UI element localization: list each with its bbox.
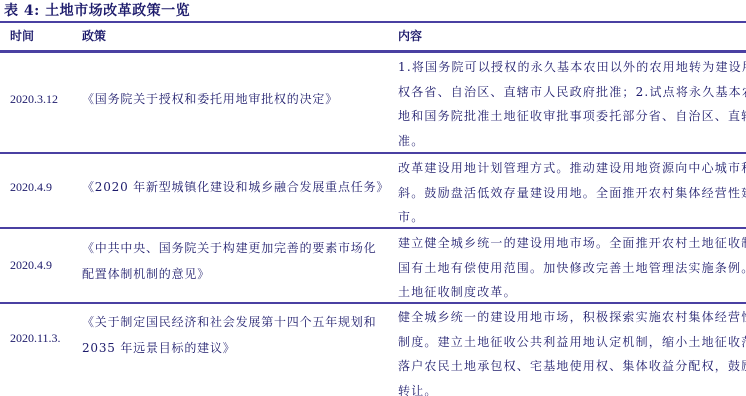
- content-line: 建立健全城乡统一的建设用地市场。全面推开农村土地征收制度: [398, 231, 746, 256]
- table-row: 2020.4.9 《2020 年新型城镇化建设和城乡融合发展重点任务》 改革建设…: [0, 154, 746, 227]
- content-line: 准。: [398, 129, 746, 154]
- column-header-policy: 政策: [82, 23, 106, 50]
- content-line: 1.将国务院可以授权的永久基本农田以外的农用地转为建设用地: [398, 55, 746, 80]
- content-line: 落户农民土地承包权、宅基地使用权、集体收益分配权，鼓励依: [398, 354, 746, 379]
- table-row: 2020.4.9 《中共中央、国务院关于构建更加完善的要素市场化配置体制机制的意…: [0, 229, 746, 302]
- table-title: 表 4: 土地市场改革政策一览: [4, 1, 190, 21]
- content-line: 斜。鼓励盘活低效存量建设用地。全面推开农村集体经营性建设: [398, 181, 746, 206]
- content-line: 市。: [398, 205, 746, 230]
- row-content: 建立健全城乡统一的建设用地市场。全面推开农村土地征收制度 国有土地有偿使用范围。…: [398, 231, 746, 305]
- row-content: 健全城乡统一的建设用地市场，积极探索实施农村集体经营性建 制度。建立土地征收公共…: [398, 305, 746, 396]
- content-line: 土地征收制度改革。: [398, 280, 746, 305]
- top-rule: [0, 21, 746, 23]
- row-time: 2020.4.9: [10, 257, 52, 273]
- content-line: 权各省、自治区、直辖市人民政府批准；2.试点将永久基本农田: [398, 80, 746, 105]
- row-policy: 《中共中央、国务院关于构建更加完善的要素市场化配置体制机制的意见》: [82, 235, 382, 287]
- row-content: 改革建设用地计划管理方式。推动建设用地资源向中心城市和重 斜。鼓励盘活低效存量建…: [398, 156, 746, 230]
- table-row: 2020.11.3. 《关于制定国民经济和社会发展第十四个五年规划和 2035 …: [0, 304, 746, 396]
- content-line: 地和国务院批准土地征收审批事项委托部分省、自治区、直辖市: [398, 104, 746, 129]
- content-line: 制度。建立土地征收公共利益用地认定机制，缩小土地征收范围: [398, 330, 746, 355]
- column-header-time: 时间: [10, 23, 34, 50]
- row-policy: 《2020 年新型城镇化建设和城乡融合发展重点任务》: [82, 179, 382, 195]
- table-row: 2020.3.12 《国务院关于授权和委托用地审批权的决定》 1.将国务院可以授…: [0, 53, 746, 152]
- column-header-content: 内容: [398, 23, 422, 50]
- row-content: 1.将国务院可以授权的永久基本农田以外的农用地转为建设用地 权各省、自治区、直辖…: [398, 55, 746, 153]
- row-time: 2020.3.12: [10, 91, 58, 107]
- content-line: 转让。: [398, 379, 746, 396]
- row-policy: 《国务院关于授权和委托用地审批权的决定》: [82, 91, 382, 107]
- row-time: 2020.11.3.: [10, 330, 61, 346]
- content-line: 国有土地有偿使用范围。加快修改完善土地管理法实施条例。全: [398, 256, 746, 281]
- content-line: 改革建设用地计划管理方式。推动建设用地资源向中心城市和重: [398, 156, 746, 181]
- row-policy: 《关于制定国民经济和社会发展第十四个五年规划和 2035 年远景目标的建议》: [82, 309, 382, 361]
- content-line: 健全城乡统一的建设用地市场，积极探索实施农村集体经营性建: [398, 305, 746, 330]
- row-time: 2020.4.9: [10, 179, 52, 195]
